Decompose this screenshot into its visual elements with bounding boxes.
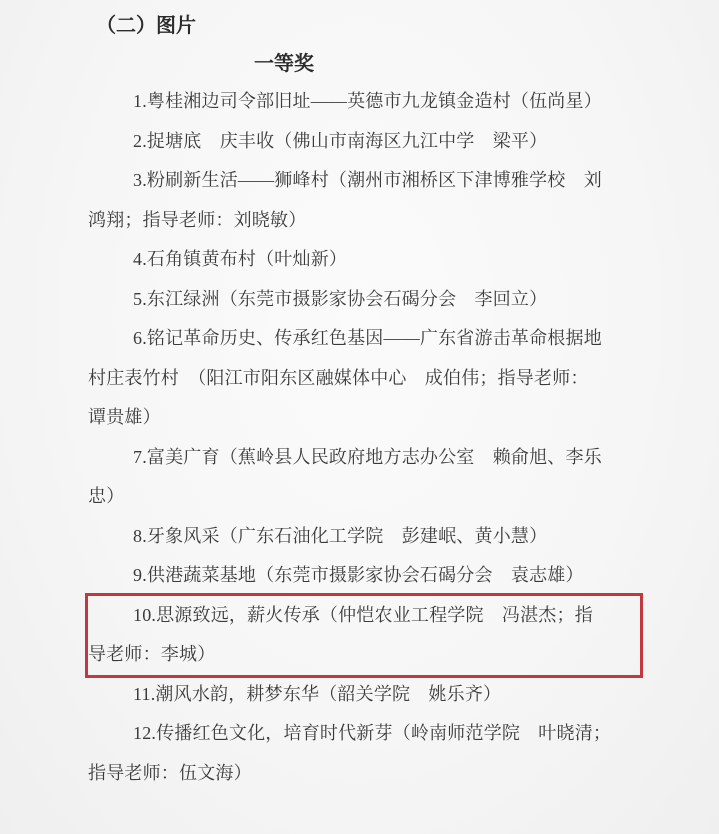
document-page: （二）图片 一等奖 1.粤桂湘边司令部旧址——英德市九龙镇金造村（伍尚星） 2.… [0,0,719,834]
award-list: 1.粤桂湘边司令部旧址——英德市九龙镇金造村（伍尚星） 2.捉塘底 庆丰收（佛山… [88,82,640,793]
award-entry-11: 11.潮风水韵，耕梦东华（韶关学院 姚乐齐） [88,675,640,715]
award-level-heading: 一等奖 [254,50,640,78]
section-heading: （二）图片 [96,12,640,40]
award-entry-4: 4.石角镇黄布村（叶灿新） [88,240,640,280]
award-entry-1: 1.粤桂湘边司令部旧址——英德市九龙镇金造村（伍尚星） [88,82,640,122]
award-entry-10-highlight-box: 10.思源致远，薪火传承（仲恺农业工程学院 冯湛杰；指 导老师：李城） [88,596,640,675]
award-entry-8: 8.牙象风采（广东石油化工学院 彭建岷、黄小慧） [88,517,640,557]
award-entry-5: 5.东江绿洲（东莞市摄影家协会石碣分会 李回立） [88,280,640,320]
award-entry-7: 7.富美广育（蕉岭县人民政府地方志办公室 赖俞旭、李乐 忠） [88,438,640,517]
award-entry-6: 6.铭记革命历史、传承红色基因——广东省游击革命根据地 村庄表竹村 （阳江市阳东… [88,319,640,438]
award-entry-3: 3.粉刷新生活——狮峰村（潮州市湘桥区下津博雅学校 刘 鸿翔；指导老师：刘晓敏） [88,161,640,240]
award-entry-12: 12.传播红色文化，培育时代新芽（岭南师范学院 叶晓清； 指导老师：伍文海） [88,714,640,793]
award-entry-9: 9.供港蔬菜基地（东莞市摄影家协会石碣分会 袁志雄） [88,556,640,596]
award-entry-2: 2.捉塘底 庆丰收（佛山市南海区九江中学 梁平） [88,122,640,162]
